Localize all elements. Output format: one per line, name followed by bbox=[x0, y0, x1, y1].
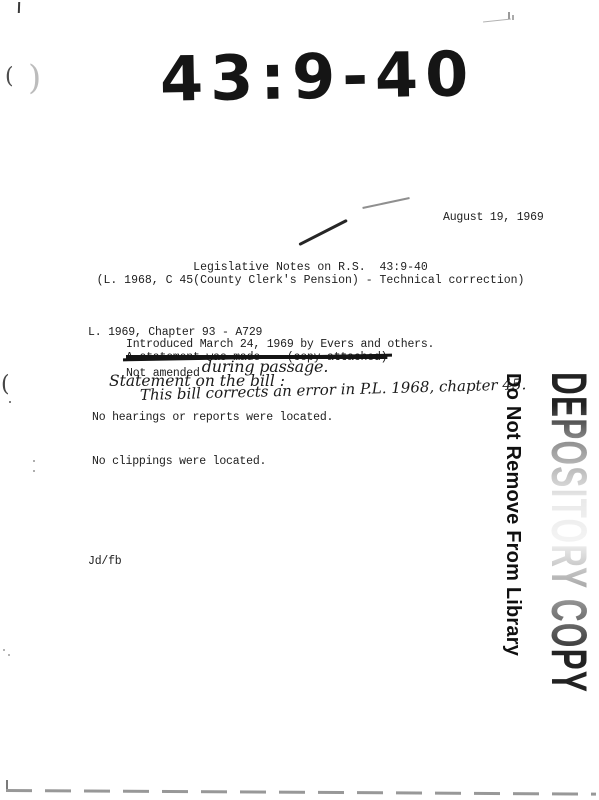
pen-slash-mark bbox=[298, 219, 347, 246]
scan-speck bbox=[33, 460, 35, 462]
scan-edge-mark: ( bbox=[5, 64, 14, 89]
document-title: Legislative Notes on R.S. 43:9-40 (L. 19… bbox=[22, 261, 599, 287]
scan-edge-mark: ) bbox=[28, 58, 41, 98]
pencil-scribble-mark bbox=[508, 12, 510, 19]
introduced-line: Introduced March 24, 1969 by Evers and o… bbox=[126, 338, 434, 351]
handwritten-statute-number: 43:9-40 bbox=[159, 37, 475, 115]
pencil-scribble-mark bbox=[483, 19, 511, 23]
no-hearings-line: No hearings or reports were located. bbox=[92, 411, 333, 424]
scanned-legislative-notes-page: 43:9-40 August 19, 1969 Legislative Note… bbox=[0, 0, 599, 800]
scan-speck bbox=[3, 649, 5, 651]
scan-edge-mark bbox=[6, 780, 8, 789]
document-date: August 19, 1969 bbox=[443, 211, 544, 224]
scan-speck bbox=[9, 401, 11, 403]
title-line-2: (L. 1968, C 45(County Clerk's Pension) -… bbox=[22, 274, 599, 287]
scan-speck bbox=[8, 654, 10, 656]
stamp-depository-copy-text: DEPOSITORY COPY bbox=[540, 372, 598, 693]
scan-speck bbox=[33, 470, 35, 472]
library-stamp: DEPOSITORY COPY Do Not Remove From Libra… bbox=[492, 372, 596, 664]
title-line-1: Legislative Notes on R.S. 43:9-40 bbox=[22, 261, 599, 274]
typist-initials: Jd/fb bbox=[88, 555, 122, 568]
stamp-do-not-remove-text: Do Not Remove From Library bbox=[501, 373, 524, 656]
no-clippings-line: No clippings were located. bbox=[92, 455, 266, 468]
perforation-dashed-line bbox=[6, 789, 596, 795]
pencil-scribble-mark bbox=[512, 15, 514, 20]
scan-edge-mark bbox=[18, 2, 20, 13]
pen-slash-mark bbox=[362, 197, 409, 208]
scan-edge-mark: ( bbox=[1, 372, 10, 397]
